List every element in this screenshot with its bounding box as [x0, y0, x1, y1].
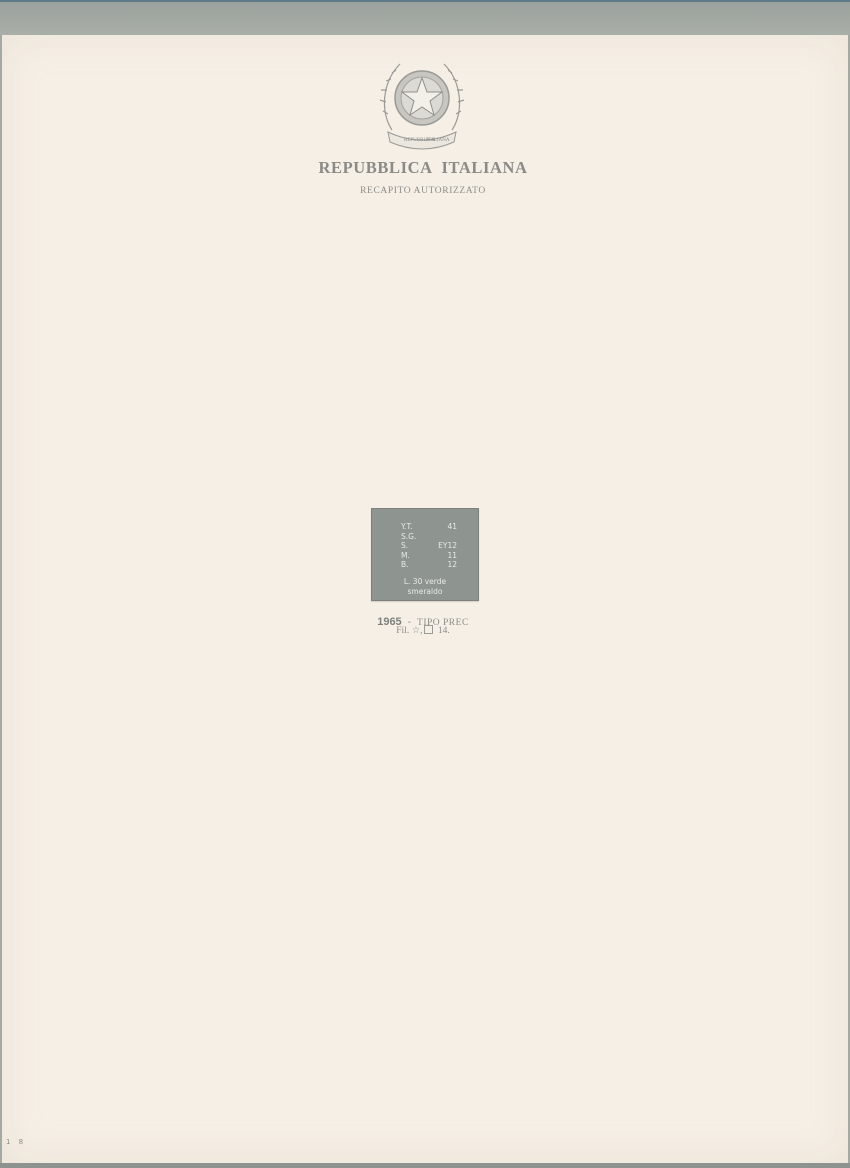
catalog-label: M.: [401, 551, 410, 561]
catalog-label: S.G.: [401, 532, 416, 542]
italian-emblem-icon: REPUBBLICA ITALIANA: [378, 52, 466, 152]
stamp-description: L. 30 verde smeraldo: [372, 577, 478, 596]
emblem-ribbon-right: ITALIANA: [426, 138, 450, 143]
watermark-perforation: Fil. ☆, 14.: [0, 625, 846, 636]
catalog-label: S.: [401, 541, 408, 551]
album-top-edge: [0, 0, 850, 35]
catalog-row: Y.T. 41: [401, 522, 457, 532]
catalog-value: 11: [447, 551, 457, 561]
catalog-row: B. 12: [401, 560, 457, 570]
catalog-value: EY12: [438, 541, 457, 551]
stamp-color: smeraldo: [372, 587, 478, 597]
catalog-value: 41: [447, 522, 457, 532]
page-subtitle: RECAPITO AUTORIZZATO: [0, 186, 846, 196]
catalog-numbers: Y.T. 41 S.G. S. EY12 M. 11 B. 12: [401, 522, 457, 570]
catalog-row: M. 11: [401, 551, 457, 561]
catalog-label: Y.T.: [401, 522, 413, 532]
watermark-prefix: Fil.: [396, 626, 409, 636]
square-icon: [424, 625, 433, 634]
perforation: 14.: [438, 626, 450, 636]
catalog-label: B.: [401, 560, 409, 570]
stamp-mount-box[interactable]: Y.T. 41 S.G. S. EY12 M. 11 B. 12 L. 30 v…: [371, 508, 479, 601]
star-watermark-icon: ☆,: [412, 626, 423, 636]
catalog-row: S.G.: [401, 532, 457, 542]
catalog-row: S. EY12: [401, 541, 457, 551]
catalog-value: 12: [447, 560, 457, 570]
page-number: 1 8: [6, 1138, 26, 1146]
page-title: REPUBBLICA ITALIANA: [0, 158, 846, 178]
album-bottom-edge: [0, 1163, 850, 1168]
stamp-denomination: L. 30 verde: [372, 577, 478, 587]
